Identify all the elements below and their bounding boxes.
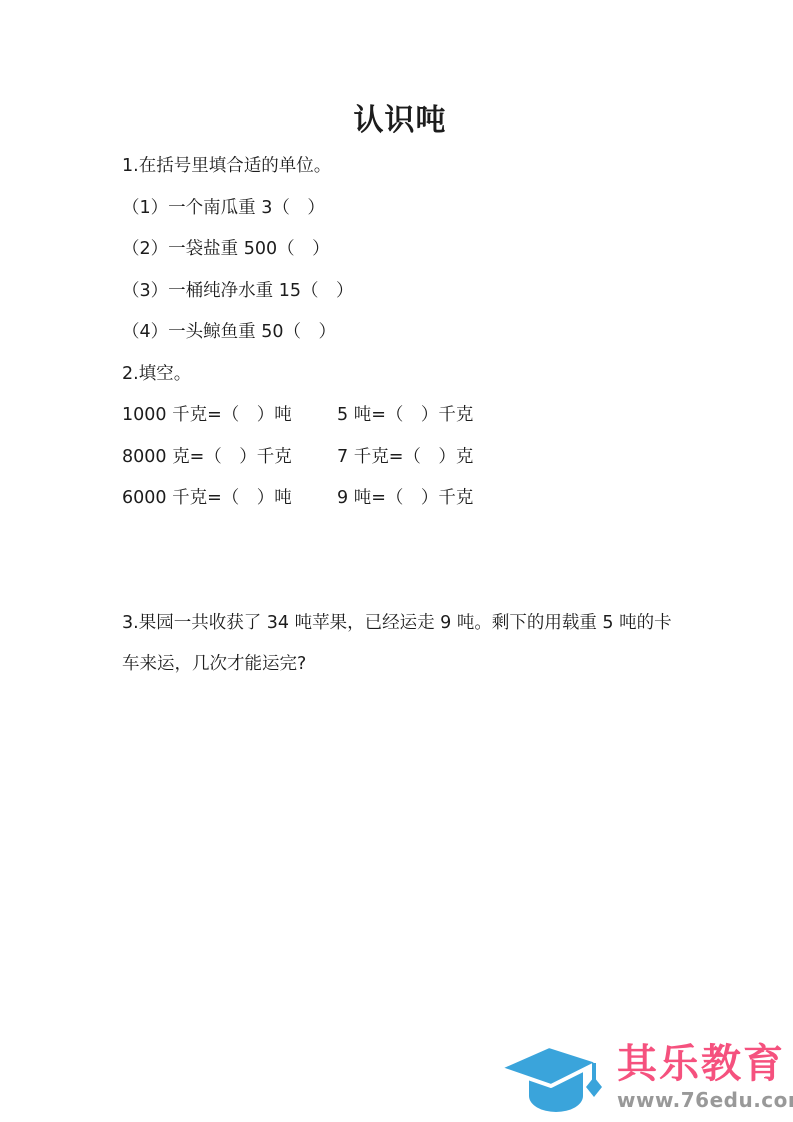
question-2-row: 1000 千克=（ ）吨 5 吨=（ ）千克 xyxy=(122,395,678,437)
footer-logo: 其乐教育 www.76edu.com xyxy=(495,1036,787,1118)
worksheet-page: 认识吨 1.在括号里填合适的单位。 （1）一个南瓜重 3（ ） （2）一袋盐重 … xyxy=(0,0,793,1122)
question-2-heading: 2.填空。 xyxy=(122,354,678,396)
graduation-cap-icon xyxy=(495,1036,617,1118)
equation-right: 9 吨=（ ）千克 xyxy=(337,478,473,520)
question-1-item: （3）一桶纯净水重 15（ ） xyxy=(122,271,678,313)
question-2-row: 8000 克=（ ）千克 7 千克=（ ）克 xyxy=(122,437,678,479)
page-title: 认识吨 xyxy=(122,96,678,146)
equation-left: 6000 千克=（ ）吨 xyxy=(122,478,337,520)
equation-left: 1000 千克=（ ）吨 xyxy=(122,395,337,437)
worksheet-content: 认识吨 1.在括号里填合适的单位。 （1）一个南瓜重 3（ ） （2）一袋盐重 … xyxy=(122,96,678,686)
equation-right: 5 吨=（ ）千克 xyxy=(337,395,473,437)
brand-name: 其乐教育 xyxy=(617,1040,793,1088)
question-3-text: 车来运，几次才能运完? xyxy=(122,644,678,686)
equation-right: 7 千克=（ ）克 xyxy=(337,437,473,479)
question-1-heading: 1.在括号里填合适的单位。 xyxy=(122,146,678,188)
question-1-item: （4）一头鲸鱼重 50（ ） xyxy=(122,312,678,354)
equation-left: 8000 克=（ ）千克 xyxy=(122,437,337,479)
brand-text-block: 其乐教育 www.76edu.com xyxy=(617,1036,793,1112)
question-1-item: （1）一个南瓜重 3（ ） xyxy=(122,188,678,230)
question-2-row: 6000 千克=（ ）吨 9 吨=（ ）千克 xyxy=(122,478,678,520)
brand-url: www.76edu.com xyxy=(617,1088,793,1112)
question-3-text: 3.果园一共收获了 34 吨苹果，已经运走 9 吨。剩下的用载重 5 吨的卡 xyxy=(122,603,678,645)
vertical-spacer xyxy=(122,520,678,603)
question-1-item: （2）一袋盐重 500（ ） xyxy=(122,229,678,271)
